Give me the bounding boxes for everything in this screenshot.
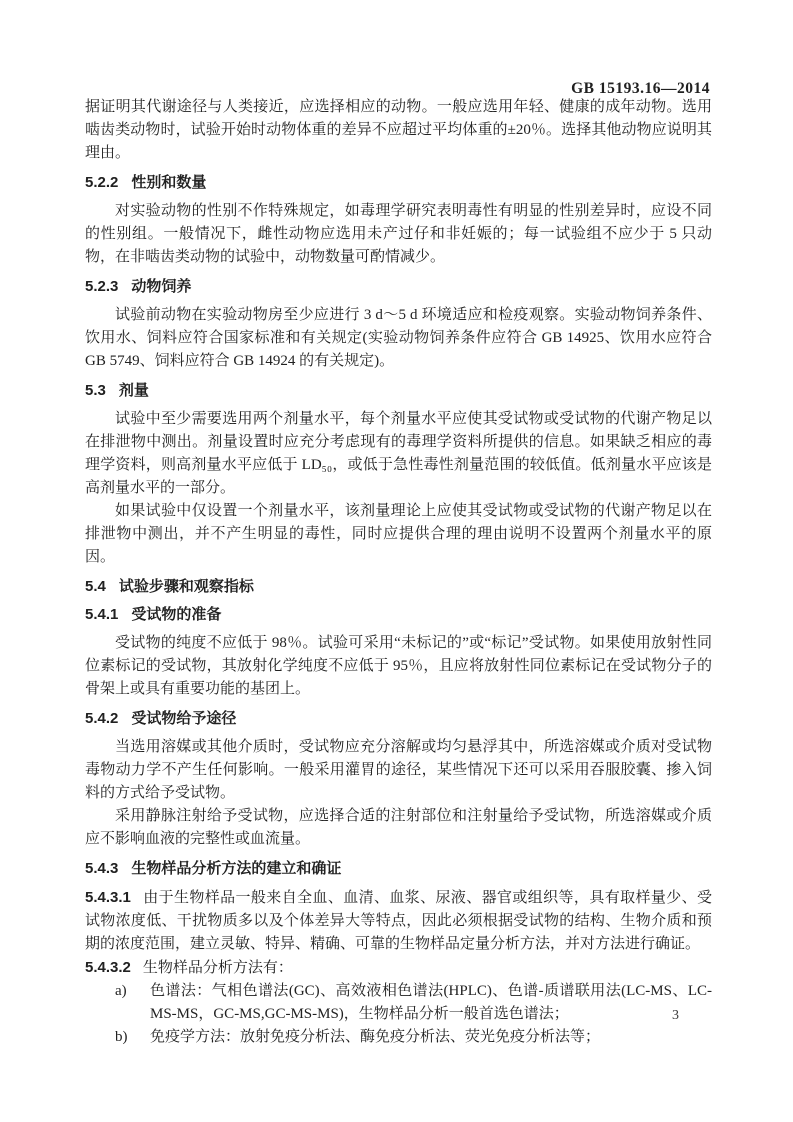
list-marker: a) xyxy=(115,980,127,1003)
section-number: 5.4.1 xyxy=(85,606,118,623)
section-number: 5.2.2 xyxy=(85,174,118,191)
list-item-text: 免疫学方法：放射免疫分析法、酶免疫分析法、荧光免疫分析法等； xyxy=(150,1029,600,1045)
paragraph-5-4-3-1: 5.4.3.1由于生物样品一般来自全血、血清、血浆、尿液、器官或组织等，具有取样… xyxy=(85,886,712,956)
document-content: 据证明其代谢途径与人类接近，应选择相应的动物。一般应选用年轻、健康的成年动物。选… xyxy=(85,96,712,1049)
document-page: GB 15193.16—2014 据证明其代谢途径与人类接近，应选择相应的动物。… xyxy=(0,0,793,1122)
paragraph-dose-2: 如果试验中仅设置一个剂量水平，该剂量理论上应使其受试物或受试物的代谢产物足以在排… xyxy=(85,500,712,569)
section-title: 性别和数量 xyxy=(131,174,206,191)
clause-text: 生物样品分析方法有： xyxy=(143,960,293,976)
section-title: 受试物给予途径 xyxy=(131,710,236,727)
paragraph-sex-and-number: 对实验动物的性别不作特殊规定，如毒理学研究表明毒性有明显的性别差异时，应设不同的… xyxy=(85,200,712,269)
heading-5-2-3: 5.2.3动物饲养 xyxy=(85,277,712,297)
heading-5-4-1: 5.4.1受试物的准备 xyxy=(85,605,712,625)
paragraph-animal-husbandry: 试验前动物在实验动物房至少应进行 3 d～5 d 环境适应和检疫观察。实验动物饲… xyxy=(85,304,712,373)
list-item-text: 色谱法：气相色谱法(GC)、高效液相色谱法(HPLC)、色谱-质谱联用法(LC-… xyxy=(150,983,712,1022)
paragraph-administration-route-2: 采用静脉注射给予受试物，应选择合适的注射部位和注射量给予受试物，所选溶媒或介质应… xyxy=(85,805,712,851)
section-number: 5.4.2 xyxy=(85,710,118,727)
heading-5-3: 5.3剂量 xyxy=(85,381,712,401)
section-number: 5.2.3 xyxy=(85,278,118,295)
list-item-chromatography: a)色谱法：气相色谱法(GC)、高效液相色谱法(HPLC)、色谱-质谱联用法(L… xyxy=(85,980,712,1026)
paragraph-test-substance-preparation: 受试物的纯度不应低于 98％。试验可采用“未标记的”或“标记”受试物。如果使用放… xyxy=(85,632,712,701)
heading-5-4-3: 5.4.3生物样品分析方法的建立和确证 xyxy=(85,859,712,879)
section-title: 生物样品分析方法的建立和确证 xyxy=(131,860,341,877)
paragraph-continued-from-previous-page: 据证明其代谢途径与人类接近，应选择相应的动物。一般应选用年轻、健康的成年动物。选… xyxy=(85,96,712,165)
list-marker: b) xyxy=(115,1026,128,1049)
paragraph-dose-1: 试验中至少需要选用两个剂量水平，每个剂量水平应使其受试物或受试物的代谢产物足以在… xyxy=(85,408,712,500)
section-number: 5.3 xyxy=(85,382,106,399)
section-title: 受试物的准备 xyxy=(131,606,221,623)
heading-5-4: 5.4试验步骤和观察指标 xyxy=(85,577,712,597)
list-item-immunology: b)免疫学方法：放射免疫分析法、酶免疫分析法、荧光免疫分析法等； xyxy=(85,1026,712,1049)
heading-5-4-2: 5.4.2受试物给予途径 xyxy=(85,709,712,729)
clause-number: 5.4.3.2 xyxy=(85,959,131,976)
section-number: 5.4 xyxy=(85,578,106,595)
section-number: 5.4.3 xyxy=(85,860,118,877)
paragraph-administration-route-1: 当选用溶媒或其他介质时，受试物应充分溶解或均匀悬浮其中，所选溶媒或介质对受试物毒… xyxy=(85,736,712,805)
clause-text: 由于生物样品一般来自全血、血清、血浆、尿液、器官或组织等，具有取样量少、受试物浓… xyxy=(85,890,712,952)
clause-number: 5.4.3.1 xyxy=(85,889,131,906)
section-title: 动物饲养 xyxy=(131,278,191,295)
analysis-method-list: a)色谱法：气相色谱法(GC)、高效液相色谱法(HPLC)、色谱-质谱联用法(L… xyxy=(85,980,712,1049)
section-title: 试验步骤和观察指标 xyxy=(119,578,254,595)
heading-5-2-2: 5.2.2性别和数量 xyxy=(85,173,712,193)
paragraph-5-4-3-2: 5.4.3.2生物样品分析方法有： xyxy=(85,956,712,980)
section-title: 剂量 xyxy=(119,382,149,399)
page-number: 3 xyxy=(672,1008,679,1024)
